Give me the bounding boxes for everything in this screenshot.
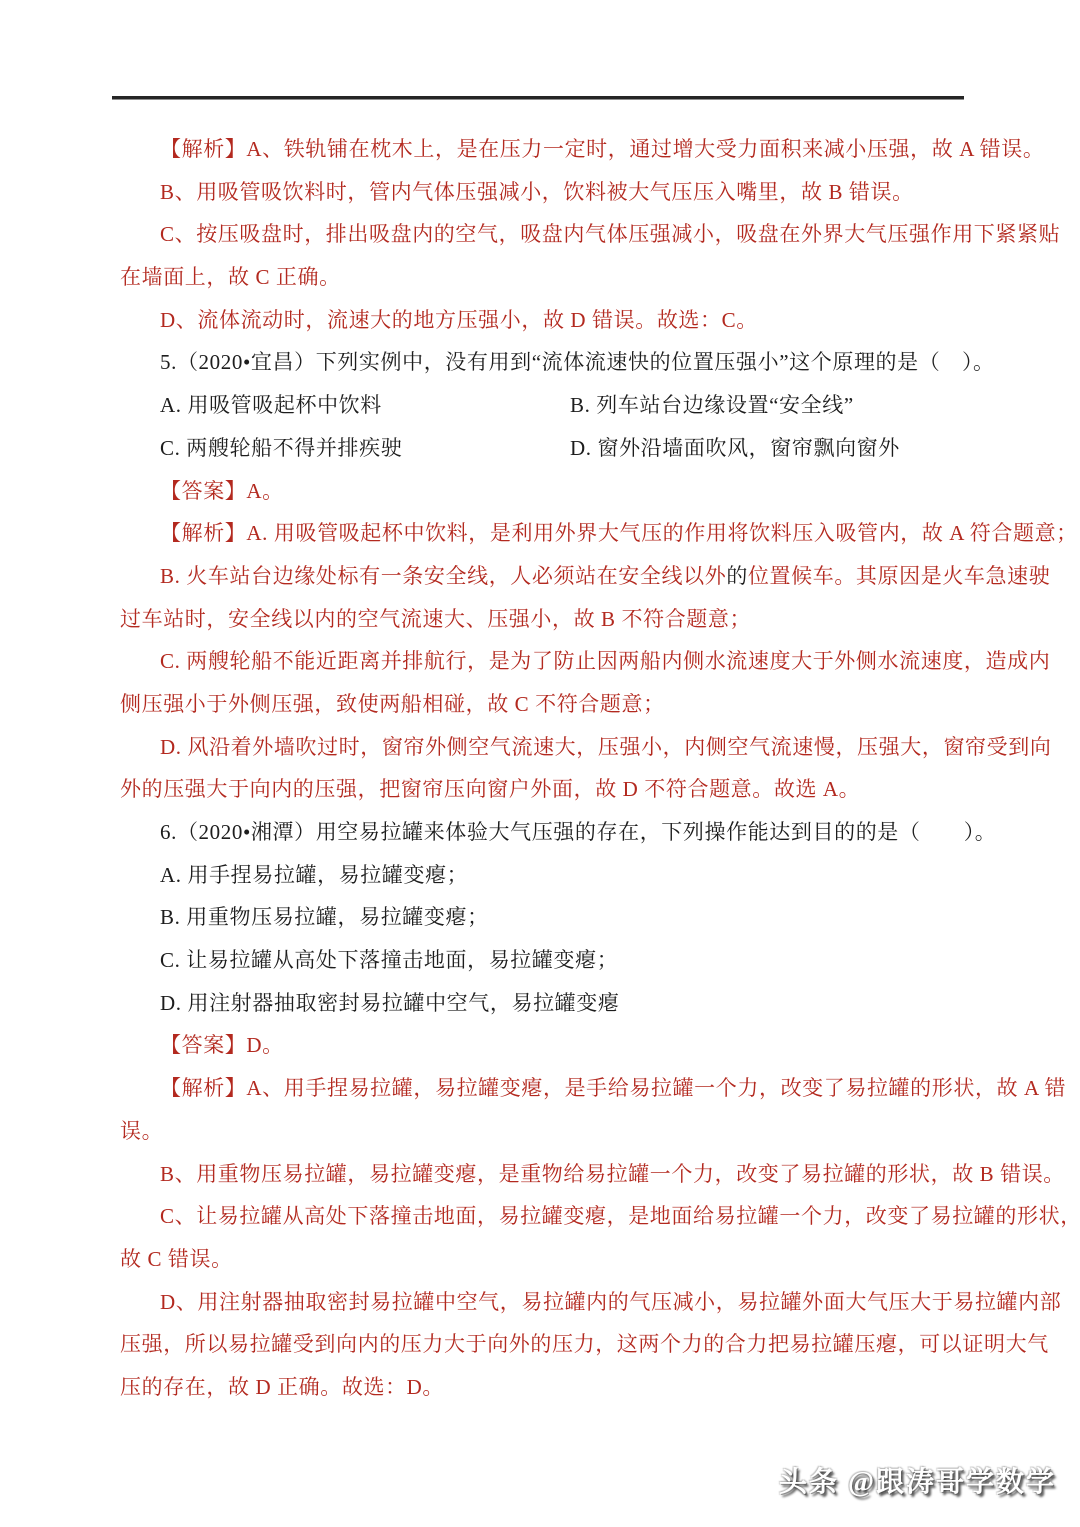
text-segment: C. 让易拉罐从高处下落撞击地面，易拉罐变瘪； [160, 948, 618, 972]
text-segment: 过车站时，安全线以内的空气流速大、压强小，故 B 不符合题意； [120, 607, 751, 631]
document-line-29: 压强，所以易拉罐受到向内的压力大于向外的压力，这两个力的合力把易拉罐压瘪，可以证… [120, 1323, 966, 1366]
document-line-28: D、用注射器抽取密封易拉罐中空气，易拉罐内的气压减小，易拉罐外面大气压大于易拉罐… [120, 1281, 966, 1324]
text-segment: D. 风沿着外墙吹过时，窗帘外侧空气流速大，压强小，内侧空气流速慢，压强大，窗帘… [160, 735, 1051, 759]
text-segment: 5.（2020•宜昌）下列实例中，没有用到“流体流速快的位置压强小”这个原理的是… [160, 350, 995, 374]
document-line-4: 在墙面上，故 C 正确。 [120, 256, 966, 299]
document-line-6: 5.（2020•宜昌）下列实例中，没有用到“流体流速快的位置压强小”这个原理的是… [120, 341, 966, 384]
text-segment: 6.（2020•湘潭）用空易拉罐来体验大气压强的存在，下列操作能达到目的的是（ … [160, 820, 996, 844]
document-line-17: 6.（2020•湘潭）用空易拉罐来体验大气压强的存在，下列操作能达到目的的是（ … [120, 811, 966, 854]
option-column-2: B. 列车站台边缘设置“安全线” [570, 384, 854, 427]
document-line-25: B、用重物压易拉罐，易拉罐变瘪，是重物给易拉罐一个力，改变了易拉罐的形状，故 B… [120, 1153, 966, 1196]
text-segment: A. 用吸管吸起杯中饮料 [160, 393, 382, 417]
document-line-5: D、流体流动时，流速大的地方压强小，故 D 错误。故选：C。 [120, 299, 966, 342]
text-segment: D、用注射器抽取密封易拉罐中空气，易拉罐内的气压减小，易拉罐外面大气压大于易拉罐… [160, 1290, 1061, 1314]
text-segment: A. 用手捏易拉罐，易拉罐变瘪； [160, 863, 468, 887]
text-segment: C、让易拉罐从高处下落撞击地面，易拉罐变瘪，是地面给易拉罐一个力，改变了易拉罐的… [160, 1204, 1080, 1228]
document-line-13: C. 两艘轮船不能近距离并排航行，是为了防止因两船内侧水流速度大于外侧水流速度，… [120, 640, 966, 683]
text-segment: 位置候车。其原因是火车急速驶 [748, 564, 1050, 588]
text-segment: B. 火车站台边缘处标有一条安全线，人必须站在安全线以外 [160, 564, 726, 588]
document-line-18: A. 用手捏易拉罐，易拉罐变瘪； [120, 854, 966, 897]
text-segment: 【答案】A。 [160, 479, 284, 503]
text-segment: B、用吸管吸饮料时，管内气体压强减小，饮料被大气压压入嘴里，故 B 错误。 [160, 180, 914, 204]
document-body: 【解析】A、铁轨铺在枕木上，是在压力一定时，通过增大受力面积来减小压强，故 A … [120, 128, 966, 1409]
document-line-20: C. 让易拉罐从高处下落撞击地面，易拉罐变瘪； [120, 939, 966, 982]
document-line-23: 【解析】A、用手捏易拉罐，易拉罐变瘪，是手给易拉罐一个力，改变了易拉罐的形状，故… [120, 1067, 966, 1110]
text-segment: 【解析】A、用手捏易拉罐，易拉罐变瘪，是手给易拉罐一个力，改变了易拉罐的形状，故… [160, 1076, 1066, 1100]
document-line-1: 【解析】A、铁轨铺在枕木上，是在压力一定时，通过增大受力面积来减小压强，故 A … [120, 128, 966, 171]
document-line-10: 【解析】A. 用吸管吸起杯中饮料，是利用外界大气压的作用将饮料压入吸管内，故 A… [120, 512, 966, 555]
option-column-2: D. 窗外沿墙面吹风，窗帘飘向窗外 [570, 427, 900, 470]
document-line-7: A. 用吸管吸起杯中饮料B. 列车站台边缘设置“安全线” [120, 384, 966, 427]
document-line-27: 故 C 错误。 [120, 1238, 966, 1281]
document-line-26: C、让易拉罐从高处下落撞击地面，易拉罐变瘪，是地面给易拉罐一个力，改变了易拉罐的… [120, 1195, 966, 1238]
document-line-21: D. 用注射器抽取密封易拉罐中空气，易拉罐变瘪 [120, 982, 966, 1025]
document-line-9: 【答案】A。 [120, 470, 966, 513]
text-segment: 故 C 错误。 [120, 1247, 233, 1271]
text-segment: 【解析】A、铁轨铺在枕木上，是在压力一定时，通过增大受力面积来减小压强，故 A … [160, 137, 1044, 161]
text-segment: C、按压吸盘时，排出吸盘内的空气，吸盘内气体压强减小，吸盘在外界大气压强作用下紧… [160, 222, 1060, 246]
text-segment: B、用重物压易拉罐，易拉罐变瘪，是重物给易拉罐一个力，改变了易拉罐的形状，故 B… [160, 1162, 1065, 1186]
text-segment: 【答案】D。 [160, 1033, 284, 1057]
document-line-15: D. 风沿着外墙吹过时，窗帘外侧空气流速大，压强小，内侧空气流速慢，压强大，窗帘… [120, 726, 966, 769]
text-segment: 的 [726, 564, 748, 588]
document-line-19: B. 用重物压易拉罐，易拉罐变瘪； [120, 896, 966, 939]
document-line-24: 误。 [120, 1110, 966, 1153]
text-segment: 外的压强大于向内的压强，把窗帘压向窗户外面，故 D 不符合题意。故选 A。 [120, 777, 860, 801]
text-segment: C. 两艘轮船不能近距离并排航行，是为了防止因两船内侧水流速度大于外侧水流速度，… [160, 649, 1050, 673]
document-line-8: C. 两艘轮船不得并排疾驶D. 窗外沿墙面吹风，窗帘飘向窗外 [120, 427, 966, 470]
text-segment: 在墙面上，故 C 正确。 [120, 265, 341, 289]
document-line-11: B. 火车站台边缘处标有一条安全线，人必须站在安全线以外的位置候车。其原因是火车… [120, 555, 966, 598]
watermark: 头条 @跟涛哥学数学 [779, 1460, 1056, 1500]
text-segment: D、流体流动时，流速大的地方压强小，故 D 错误。故选：C。 [160, 308, 758, 332]
text-segment: 压强，所以易拉罐受到向内的压力大于向外的压力，这两个力的合力把易拉罐压瘪，可以证… [120, 1332, 1049, 1356]
document-line-30: 压的存在，故 D 正确。故选：D。 [120, 1366, 966, 1409]
document-line-2: B、用吸管吸饮料时，管内气体压强减小，饮料被大气压压入嘴里，故 B 错误。 [120, 171, 966, 214]
text-segment: D. 用注射器抽取密封易拉罐中空气，易拉罐变瘪 [160, 991, 619, 1015]
text-segment: 压的存在，故 D 正确。故选：D。 [120, 1375, 444, 1399]
text-segment: 侧压强小于外侧压强，致使两船相碰，故 C 不符合题意； [120, 692, 665, 716]
document-page: 【解析】A、铁轨铺在枕木上，是在压力一定时，通过增大受力面积来减小压强，故 A … [0, 0, 1080, 1527]
document-line-16: 外的压强大于向内的压强，把窗帘压向窗户外面，故 D 不符合题意。故选 A。 [120, 768, 966, 811]
document-line-12: 过车站时，安全线以内的空气流速大、压强小，故 B 不符合题意； [120, 598, 966, 641]
document-line-14: 侧压强小于外侧压强，致使两船相碰，故 C 不符合题意； [120, 683, 966, 726]
header-rule [112, 96, 964, 100]
document-line-22: 【答案】D。 [120, 1024, 966, 1067]
document-line-3: C、按压吸盘时，排出吸盘内的空气，吸盘内气体压强减小，吸盘在外界大气压强作用下紧… [120, 213, 966, 256]
text-segment: 【解析】A. 用吸管吸起杯中饮料，是利用外界大气压的作用将饮料压入吸管内，故 A… [160, 521, 1078, 545]
text-segment: C. 两艘轮船不得并排疾驶 [160, 436, 402, 460]
text-segment: 误。 [120, 1119, 163, 1143]
text-segment: B. 用重物压易拉罐，易拉罐变瘪； [160, 905, 489, 929]
